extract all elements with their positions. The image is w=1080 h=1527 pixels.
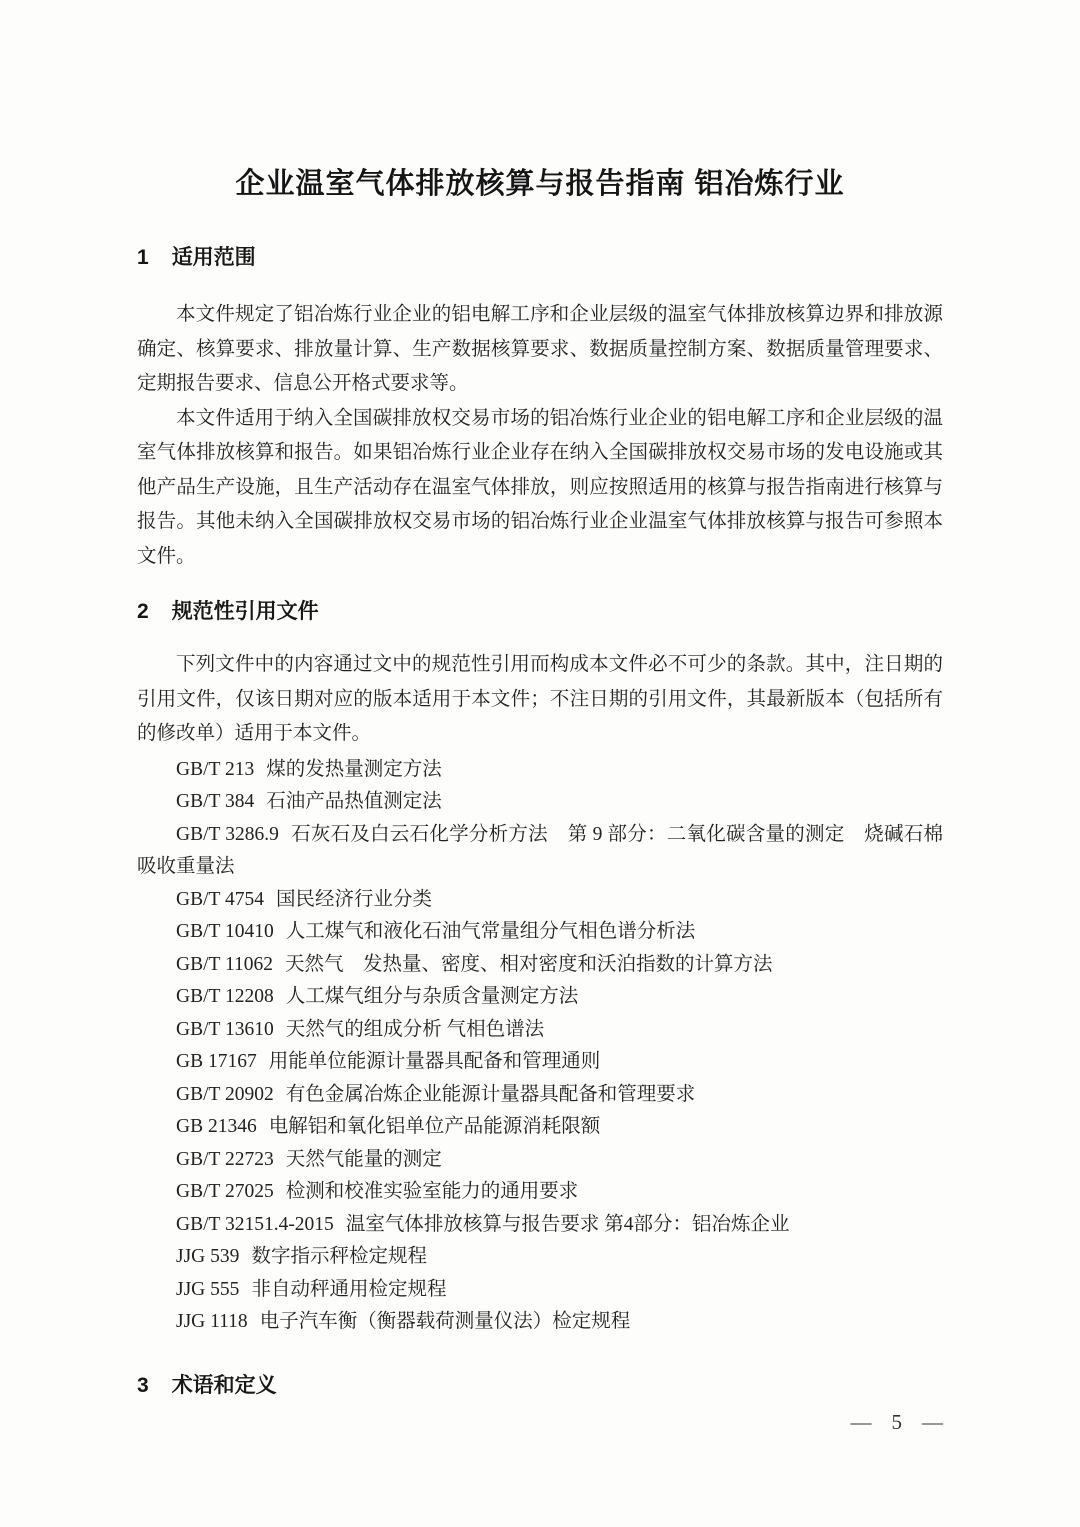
page-content: 企业温室气体排放核算与报告指南 铝冶炼行业 1适用范围 本文件规定了铝冶炼行业企… <box>137 0 943 1400</box>
reference-title: 天然气能量的测定 <box>286 1149 442 1170</box>
reference-item: JJG 539数字指示秤检定规程 <box>137 1241 943 1274</box>
reference-code: GB/T 22723 <box>176 1149 274 1170</box>
reference-title: 用能单位能源计量器具配备和管理通则 <box>269 1051 601 1072</box>
reference-code: GB/T 13610 <box>176 1019 274 1040</box>
footer-dash-right: — <box>922 1410 943 1434</box>
section-heading-terms-definitions: 3术语和定义 <box>137 1372 943 1400</box>
paragraph: 下列文件中的内容通过文中的规范性引用而构成本文件必不可少的条款。其中，注日期的引… <box>137 648 943 752</box>
footer-dash-left: — <box>851 1410 872 1434</box>
reference-item: GB/T 12208人工煤气组分与杂质含量测定方法 <box>137 981 943 1014</box>
reference-code: GB/T 12208 <box>176 986 274 1007</box>
reference-title: 温室气体排放核算与报告要求 第4部分：铝冶炼企业 <box>346 1214 790 1235</box>
reference-item: GB/T 10410人工煤气和液化石油气常量组分气相色谱分析法 <box>137 916 943 949</box>
section-number: 2 <box>137 598 149 626</box>
reference-code: GB/T 11062 <box>176 954 273 975</box>
section-references-body: 下列文件中的内容通过文中的规范性引用而构成本文件必不可少的条款。其中，注日期的引… <box>137 648 943 752</box>
reference-item: GB/T 384石油产品热值测定法 <box>137 786 943 819</box>
reference-code: GB/T 20902 <box>176 1084 274 1105</box>
reference-item: JJG 1118电子汽车衡（衡器载荷测量仪法）检定规程 <box>137 1306 943 1339</box>
reference-title: 电解铝和氧化铝单位产品能源消耗限额 <box>269 1116 601 1137</box>
reference-item: GB/T 11062天然气 发热量、密度、相对密度和沃泊指数的计算方法 <box>137 949 943 982</box>
reference-title: 电子汽车衡（衡器载荷测量仪法）检定规程 <box>260 1311 631 1332</box>
reference-item: GB 21346电解铝和氧化铝单位产品能源消耗限额 <box>137 1111 943 1144</box>
reference-item: JJG 555非自动秤通用检定规程 <box>137 1274 943 1307</box>
reference-code: GB/T 384 <box>176 791 254 812</box>
reference-item: GB/T 4754国民经济行业分类 <box>137 884 943 917</box>
reference-code: GB/T 10410 <box>176 921 274 942</box>
reference-item: GB/T 32151.4-2015温室气体排放核算与报告要求 第4部分：铝冶炼企… <box>137 1209 943 1242</box>
document-title: 企业温室气体排放核算与报告指南 铝冶炼行业 <box>137 165 943 203</box>
reference-code: GB/T 213 <box>176 759 254 780</box>
section-title: 规范性引用文件 <box>172 600 319 623</box>
reference-title: 人工煤气组分与杂质含量测定方法 <box>286 986 579 1007</box>
reference-code: GB/T 4754 <box>176 889 264 910</box>
reference-code: GB/T 27025 <box>176 1181 274 1202</box>
reference-code: GB 17167 <box>176 1051 257 1072</box>
reference-title: 国民经济行业分类 <box>276 889 432 910</box>
reference-title: 数字指示秤检定规程 <box>251 1246 427 1267</box>
section-heading-scope: 1适用范围 <box>137 244 943 272</box>
reference-item: GB/T 27025检测和校准实验室能力的通用要求 <box>137 1176 943 1209</box>
reference-list: GB/T 213煤的发热量测定方法GB/T 384石油产品热值测定法GB/T 3… <box>137 754 943 1339</box>
section-number: 3 <box>137 1372 149 1400</box>
reference-code: JJG 539 <box>176 1246 239 1267</box>
reference-title: 有色金属冶炼企业能源计量器具配备和管理要求 <box>286 1084 696 1105</box>
reference-item: GB/T 213煤的发热量测定方法 <box>137 754 943 787</box>
reference-item: GB/T 20902有色金属冶炼企业能源计量器具配备和管理要求 <box>137 1079 943 1112</box>
reference-code: JJG 555 <box>176 1279 239 1300</box>
section-heading-normative-references: 2规范性引用文件 <box>137 598 943 626</box>
page-number: 5 <box>892 1408 903 1436</box>
reference-title: 天然气的组成分析 气相色谱法 <box>286 1019 544 1040</box>
reference-code: JJG 1118 <box>176 1311 248 1332</box>
reference-item: GB/T 22723天然气能量的测定 <box>137 1144 943 1177</box>
reference-item: GB 17167用能单位能源计量器具配备和管理通则 <box>137 1046 943 1079</box>
section-title: 术语和定义 <box>172 1374 277 1397</box>
section-number: 1 <box>137 244 149 272</box>
page-footer: —5— <box>851 1408 944 1436</box>
reference-code: GB/T 3286.9 <box>176 824 279 845</box>
section-scope-body: 本文件规定了铝冶炼行业企业的铝电解工序和企业层级的温室气体排放核算边界和排放源确… <box>137 298 943 574</box>
reference-title: 人工煤气和液化石油气常量组分气相色谱分析法 <box>286 921 696 942</box>
paragraph: 本文件规定了铝冶炼行业企业的铝电解工序和企业层级的温室气体排放核算边界和排放源确… <box>137 298 943 402</box>
document-page: 企业温室气体排放核算与报告指南 铝冶炼行业 1适用范围 本文件规定了铝冶炼行业企… <box>0 0 1080 1527</box>
reference-item: GB/T 3286.9石灰石及白云石化学分析方法 第 9 部分：二氧化碳含量的测… <box>137 819 943 884</box>
reference-title: 煤的发热量测定方法 <box>266 759 442 780</box>
reference-code: GB/T 32151.4-2015 <box>176 1214 334 1235</box>
reference-title: 天然气 发热量、密度、相对密度和沃泊指数的计算方法 <box>285 954 773 975</box>
reference-title: 非自动秤通用检定规程 <box>251 1279 446 1300</box>
reference-item: GB/T 13610天然气的组成分析 气相色谱法 <box>137 1014 943 1047</box>
section-title: 适用范围 <box>172 246 256 269</box>
reference-title: 检测和校准实验室能力的通用要求 <box>286 1181 579 1202</box>
paragraph: 本文件适用于纳入全国碳排放权交易市场的铝冶炼行业企业的铝电解工序和企业层级的温室… <box>137 402 943 575</box>
reference-code: GB 21346 <box>176 1116 257 1137</box>
reference-title: 石油产品热值测定法 <box>266 791 442 812</box>
